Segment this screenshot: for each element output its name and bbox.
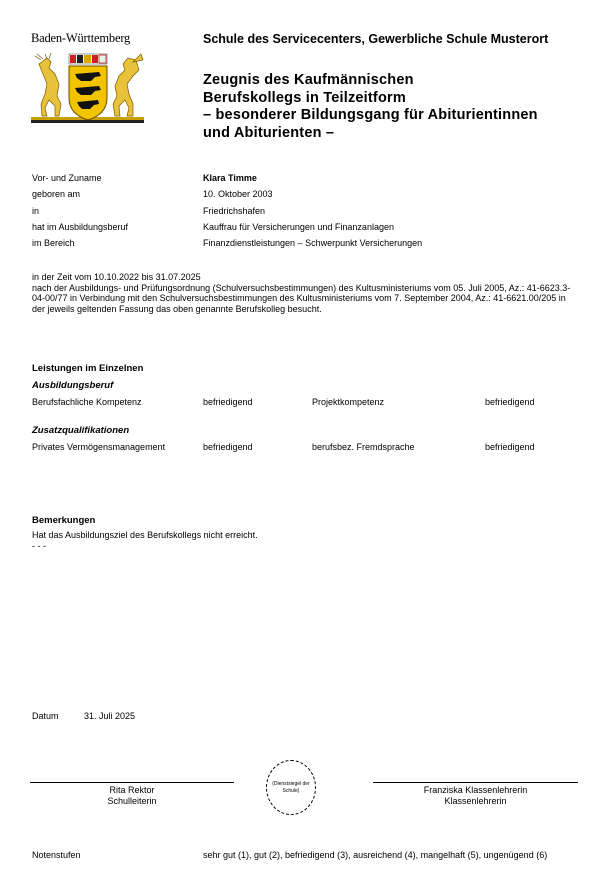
coat-of-arms-icon [29,50,146,125]
personal-data-row: Vor- und Zuname Klara Timme [32,170,572,186]
date-value: 31. Juli 2025 [84,711,135,721]
signature-line-teacher [373,782,578,783]
personal-data-row: im Bereich Finanzdienstleistungen – Schw… [32,235,572,251]
regulation-text: nach der Ausbildungs- und Prüfungsordnun… [32,283,572,315]
grade-scale-label: Notenstufen [32,850,81,860]
remarks-heading: Bemerkungen [32,515,95,526]
title-line: Berufskollegs in Teilzeitform [203,90,583,108]
remarks-text: Hat das Ausbildungsziel des Berufskolleg… [32,530,258,541]
state-name: Baden-Württemberg [31,31,130,46]
signature-teacher: Franziska Klassenlehrerin Klassenlehreri… [373,785,578,807]
birthdate-value: 10. Oktober 2003 [203,186,273,202]
teacher-role: Klassenlehrerin [373,796,578,807]
section-heading-zusatzqualifikationen: Zusatzqualifikationen [32,425,129,436]
subject-grade: befriedigend [203,442,253,453]
subject-name: Privates Vermögensmanagement [32,442,172,453]
personal-data-row: geboren am 10. Oktober 2003 [32,186,572,202]
title-line: und Abiturienten – [203,125,583,143]
field-label-name: Vor- und Zuname [32,170,102,186]
area-value: Finanzdienstleistungen – Schwerpunkt Ver… [203,235,422,251]
principal-name: Rita Rektor [30,785,234,796]
section-heading-ausbildungsberuf: Ausbildungsberuf [32,380,113,391]
subject-grade: befriedigend [485,397,535,408]
personal-data-row: hat im Ausbildungsberuf Kauffrau für Ver… [32,219,572,235]
field-label-profession: hat im Ausbildungsberuf [32,219,128,235]
subject-grade: befriedigend [203,397,253,408]
field-label-area: im Bereich [32,235,75,251]
seal-text: (Dienstsiegel der Schule) [267,781,315,794]
signature-line-principal [30,782,234,783]
subject-grade: befriedigend [485,442,535,453]
birthplace-value: Friedrichshafen [203,203,265,219]
remarks: Hat das Ausbildungsziel des Berufskolleg… [32,530,258,551]
field-label-birthplace: in [32,203,39,219]
performance-heading: Leistungen im Einzelnen [32,363,143,374]
subject-name: Berufsfachliche Kompetenz [32,397,192,408]
legal-text: in der Zeit vom 10.10.2022 bis 31.07.202… [32,272,572,314]
subject-name: berufsbez. Fremdsprache [312,442,415,453]
period-text: in der Zeit vom 10.10.2022 bis 31.07.202… [32,272,572,283]
title-line: – besonderer Bildungsgang für Abiturient… [203,107,583,125]
profession-value: Kauffrau für Versicherungen und Finanzan… [203,219,394,235]
student-name: Klara Timme [203,170,257,186]
remarks-filler: - - - [32,541,258,552]
title-line: Zeugnis des Kaufmännischen [203,72,583,90]
date-label: Datum [32,711,59,721]
school-name: Schule des Servicecenters, Gewerbliche S… [203,32,563,47]
teacher-name: Franziska Klassenlehrerin [373,785,578,796]
signature-principal: Rita Rektor Schulleiterin [30,785,234,807]
document-title: Zeugnis des Kaufmännischen Berufskollegs… [203,72,583,142]
principal-role: Schulleiterin [30,796,234,807]
personal-data-row: in Friedrichshafen [32,203,572,219]
field-label-birthdate: geboren am [32,186,80,202]
grade-scale-value: sehr gut (1), gut (2), befriedigend (3),… [203,850,547,860]
subject-name: Projektkompetenz [312,397,384,408]
official-seal-placeholder: (Dienstsiegel der Schule) [266,760,316,815]
